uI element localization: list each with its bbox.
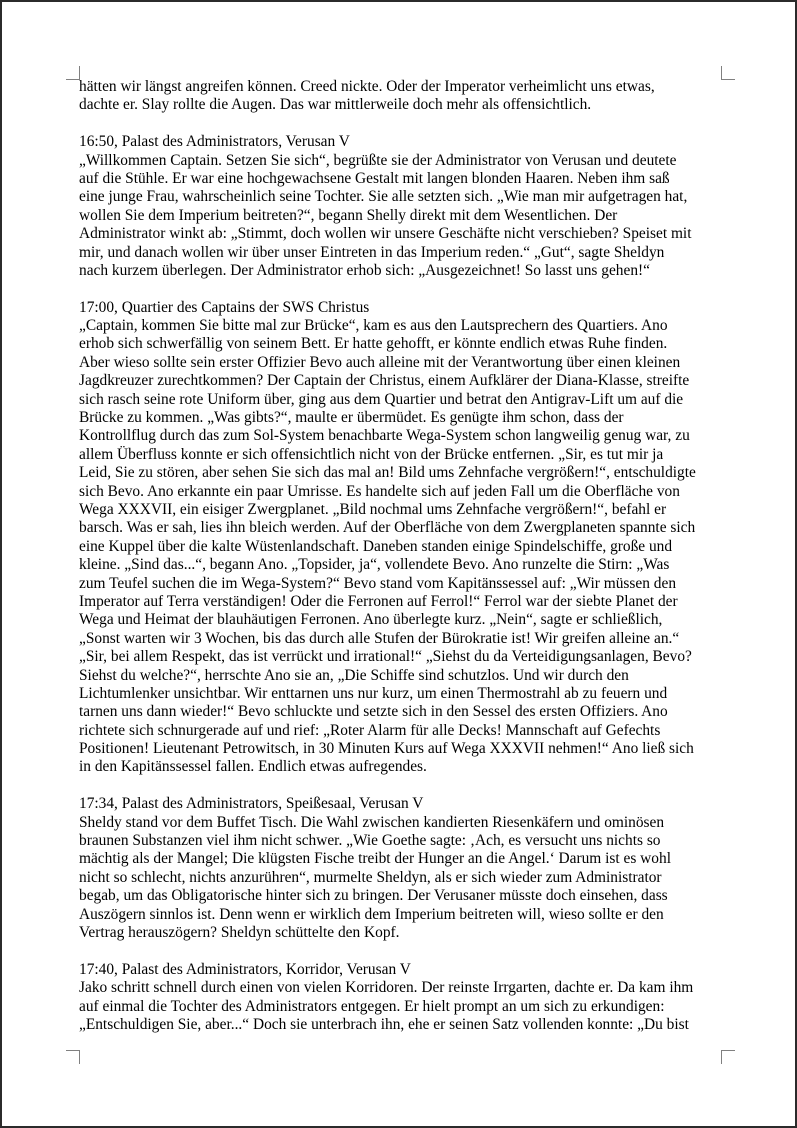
text-line: begab, um das Obligatorische hinter sich… (79, 887, 724, 905)
section-1740: 17:40, Palast des Administrators, Korrid… (79, 961, 724, 1035)
text-line: Brücke zu kommen. „Was gibts?“, maulte e… (79, 409, 724, 427)
text-line: Wega XXXVII, ein eisiger Zwergplanet. „B… (79, 501, 724, 519)
text-line: zum Teufel suchen die im Wega-System?“ B… (79, 575, 724, 593)
text-line: eine Kuppel über die kalte Wüstenlandsch… (79, 538, 724, 556)
text-line: erhob sich schwerfällig von seinem Bett.… (79, 335, 724, 353)
text-line: wollen Sie dem Imperium beitreten?“, beg… (79, 207, 724, 225)
text-line: barsch. Was er sah, lies ihn bleich werd… (79, 519, 724, 537)
paragraph-gap (79, 115, 724, 133)
text-line: Lichtumlenker unsichtbar. Wir enttarnen … (79, 685, 724, 703)
corner-mark-bottom-right (721, 1050, 735, 1064)
text-line: mächtig als der Mangel; Die klügsten Fis… (79, 850, 724, 868)
text-line: nach kurzem überlegen. Der Administrator… (79, 262, 724, 280)
text-line: Kontrollflug durch das zum Sol-System be… (79, 427, 724, 445)
text-line: Administrator winkt ab: „Stimmt, doch wo… (79, 225, 724, 243)
section-1700: 17:00, Quartier des Captains der SWS Chr… (79, 299, 724, 777)
text-line: eine junge Frau, wahrscheinlich seine To… (79, 188, 724, 206)
text-line: Leid, Sie zu stören, aber sehen Sie sich… (79, 464, 724, 482)
section-heading: 17:40, Palast des Administrators, Korrid… (79, 961, 724, 979)
text-line: „Entschuldigen Sie, aber...“ Doch sie un… (79, 1016, 724, 1034)
text-line: „Sonst warten wir 3 Wochen, bis das durc… (79, 630, 724, 648)
section-heading: 16:50, Palast des Administrators, Verusa… (79, 133, 724, 151)
section-heading: 17:00, Quartier des Captains der SWS Chr… (79, 299, 724, 317)
text-line: dachte er. Slay rollte die Augen. Das wa… (79, 96, 724, 114)
text-line: braunen Substanzen viel ihm nicht schwer… (79, 832, 724, 850)
section-1734: 17:34, Palast des Administrators, Speiße… (79, 795, 724, 942)
text-line: Jagdkreuzer zurechtkommen? Der Captain d… (79, 372, 724, 390)
text-line: Siehst du welche?“, herrschte Ano sie an… (79, 667, 724, 685)
corner-mark-bottom-left (66, 1050, 80, 1064)
text-line: Auszögern sinnlos ist. Denn wenn er wirk… (79, 906, 724, 924)
text-line: Wega und Heimat der blauhäutigen Ferrone… (79, 611, 724, 629)
text-line: Sheldy stand vor dem Buffet Tisch. Die W… (79, 814, 724, 832)
text-line: hätten wir längst angreifen können. Cree… (79, 78, 724, 96)
text-line: „Sir, bei allem Respekt, das ist verrück… (79, 648, 724, 666)
text-line: kleine. „Sind das...“, begann Ano. „Tops… (79, 556, 724, 574)
text-line: „Captain, kommen Sie bitte mal zur Brück… (79, 317, 724, 335)
text-line: in den Kapitänssessel fallen. Endlich et… (79, 758, 724, 776)
section-continuation: hätten wir längst angreifen können. Cree… (79, 78, 724, 115)
text-line: tarnen uns dann wieder!“ Bevo schluckte … (79, 703, 724, 721)
text-line: Imperator auf Terra verständigen! Oder d… (79, 593, 724, 611)
corner-mark-top-left (66, 66, 80, 80)
text-line: Aber wieso sollte sein erster Offizier B… (79, 354, 724, 372)
text-line: richtete sich schnurgerade auf und rief:… (79, 722, 724, 740)
page-body[interactable]: hätten wir längst angreifen können. Cree… (79, 78, 724, 1034)
text-line: „Willkommen Captain. Setzen Sie sich“, b… (79, 152, 724, 170)
text-line: auf die Stühle. Er war eine hochgewachse… (79, 170, 724, 188)
text-line: Jako schritt schnell durch einen von vie… (79, 979, 724, 997)
text-line: Positionen! Lieutenant Petrowitsch, in 3… (79, 740, 724, 758)
text-line: Vertrag herauszögern? Sheldyn schüttelte… (79, 924, 724, 942)
paragraph-gap (79, 777, 724, 795)
text-line: allem Überfluss konnte er sich offensich… (79, 446, 724, 464)
text-line: mir, und danach wollen wir über unser Ei… (79, 244, 724, 262)
text-line: sich Bevo. Ano erkannte ein paar Umrisse… (79, 483, 724, 501)
paragraph-gap (79, 280, 724, 298)
document-page: hätten wir längst angreifen können. Cree… (0, 0, 797, 1128)
section-heading: 17:34, Palast des Administrators, Speiße… (79, 795, 724, 813)
text-line: sich rasch seine rote Uniform über, ging… (79, 391, 724, 409)
section-1650: 16:50, Palast des Administrators, Verusa… (79, 133, 724, 280)
text-line: auf einmal die Tochter des Administrator… (79, 998, 724, 1016)
text-line: nicht so schlecht, nichts anzurühren“, m… (79, 869, 724, 887)
paragraph-gap (79, 942, 724, 960)
